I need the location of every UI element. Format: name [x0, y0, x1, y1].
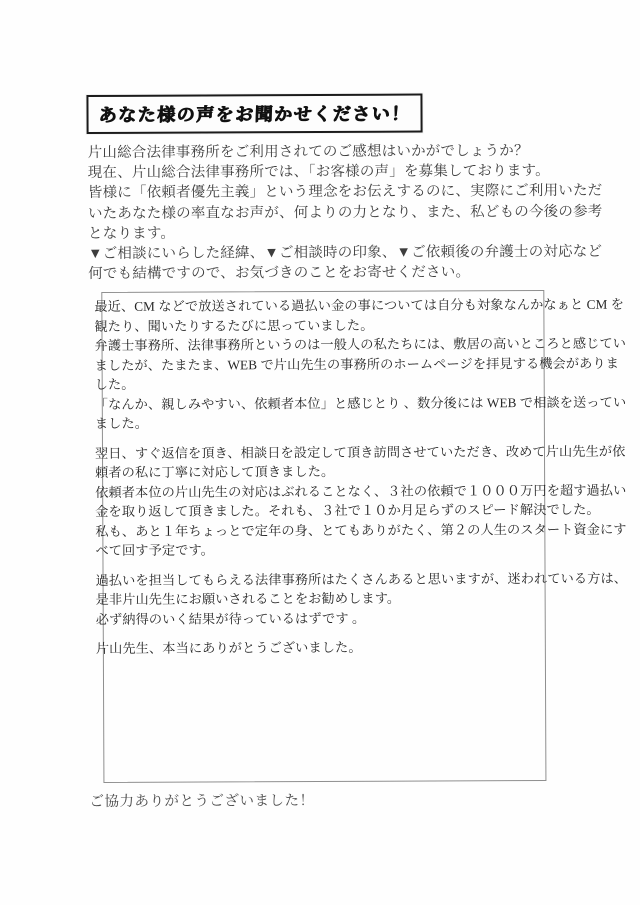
closing-text: ご協力ありがとうございました！ — [89, 789, 314, 811]
intro-line: 何でも結構ですので、お気づきのことをお寄せください。 — [88, 262, 570, 284]
testimonial-line: 私も、あと１年ちょっとで定年の身、とてもありがたく、第２の人生のスタート資金にす — [95, 519, 553, 540]
testimonial-line: 是非片山先生にお願いされることをお勧めします。 — [96, 588, 554, 609]
testimonial-line: 片山先生、本当にありがとうございました。 — [96, 637, 554, 658]
testimonial-line: ましたが、たまたま、WEB で片山先生の事務所のホームページを拝見する機会があり… — [95, 353, 553, 374]
intro-line: となります。 — [88, 222, 570, 244]
scanned-survey-page: あなた様の声をお聞かせください！ 片山総合法律事務所をご利用されてのご感想はいか… — [0, 0, 640, 905]
intro-line: いたあなた様の率直なお声が、何よりの力となり、また、私どもの今後の参考 — [88, 202, 570, 224]
testimonial-paragraph: 翌日、すぐ返信を頂き、相談日を設定して頂き訪問させていただき、改めて片山先生が依… — [95, 441, 554, 560]
testimonial-line: 必ず納得のいく結果が待っているはずです 。 — [96, 607, 554, 628]
title-box: あなた様の声をお聞かせください！ — [86, 94, 422, 134]
testimonial-paragraph: 片山先生、本当にありがとうございました。 — [96, 637, 554, 658]
intro-line: 片山総合法律事務所をご利用されてのご感想はいかがでしょうか？ — [88, 141, 570, 163]
testimonial-line: 金を取り返して頂きました。それも、３社で１０か月足らずのスピード解決でした。 — [95, 500, 553, 521]
intro-line: ▼ご相談にいらした経緯、▼ご相談時の印象、▼ご依頼後の弁護士の対応など — [88, 242, 570, 264]
testimonial-line: 弁護士事務所、法律事務所というのは一般人の私たちには、敷居の高いところと感じてい — [94, 334, 552, 355]
testimonial-line: ました。 — [95, 412, 553, 433]
testimonial-line: 頼者の私に丁寧に対応して頂きました。 — [95, 461, 553, 482]
testimonial-line: べて回す予定です。 — [95, 539, 553, 560]
testimonial-line: 最近、CM などで放送されている過払い金の事については自分も対象なんかなぁと C… — [94, 295, 552, 316]
intro-line: 現在、片山総合法律事務所では、「お客様の声」を募集しております。 — [88, 161, 570, 183]
testimonial-paragraph: 過払いを担当してもらえる法律事務所はたくさんあると思いますが、迷われている方は、… — [96, 568, 554, 628]
page-title: あなた様の声をお聞かせください！ — [98, 100, 411, 127]
testimonial-paragraph: 最近、CM などで放送されている過払い金の事については自分も対象なんかなぁと C… — [94, 295, 553, 433]
testimonial-line: 翌日、すぐ返信を頂き、相談日を設定して頂き訪問させていただき、改めて片山先生が依 — [95, 441, 553, 462]
testimonial-text: 最近、CM などで放送されている過払い金の事については自分も対象なんかなぁと C… — [94, 295, 554, 668]
scan-content: あなた様の声をお聞かせください！ 片山総合法律事務所をご利用されてのご感想はいか… — [0, 0, 640, 905]
testimonial-line: 「なんか、親しみやすい、依頼者本位」と感じとり 、数分後には WEB で相談を送… — [95, 392, 553, 413]
testimonial-line: 依頼者本位の片山先生の対応はぶれることなく、３社の依頼で１０００万円を超す過払い — [95, 480, 553, 501]
testimonial-line: 過払いを担当してもらえる法律事務所はたくさんあると思いますが、迷われている方は、 — [96, 568, 554, 589]
intro-line: 皆様に「依頼者優先主義」という理念をお伝えするのに、実際にご利用いただ — [88, 181, 570, 203]
testimonial-line: した。 — [95, 373, 553, 394]
testimonial-line: 観たり、聞いたりするたびに思っていました。 — [94, 314, 552, 335]
intro-paragraph: 片山総合法律事務所をご利用されてのご感想はいかがでしょうか？ 現在、片山総合法律… — [88, 141, 571, 285]
